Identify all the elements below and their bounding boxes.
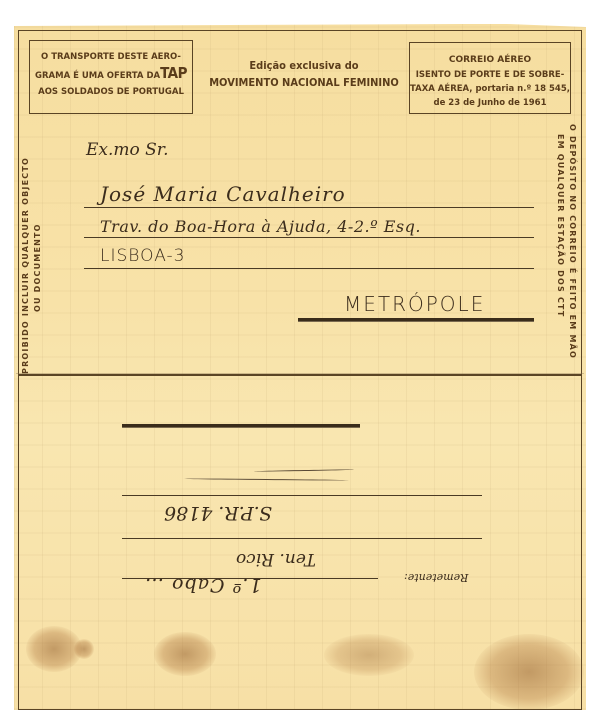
salutation: Ex.mo Sr.	[86, 140, 168, 160]
edition-line1: Edição exclusiva do	[201, 57, 408, 74]
recipient-region: METRÓPOLE	[344, 292, 485, 316]
stain	[324, 634, 414, 676]
airmail-line2: TAXA AÉREA, portaria n.º 18 545,	[410, 82, 570, 96]
tap-offer-line1: O TRANSPORTE DESTE AERO-	[30, 49, 192, 65]
tap-offer-line3: AOS SOLDADOS DE PORTUGAL	[30, 84, 192, 100]
recipient-name: José Maria Cavalheiro	[100, 182, 346, 206]
stain	[74, 639, 94, 659]
aerogram-sheet: O TRANSPORTE DESTE AERO- GRAMA É UMA OFE…	[14, 24, 586, 710]
airmail-line1: ISENTO DE PORTE E DE SOBRE-	[410, 68, 570, 82]
tap-offer-line2: GRAMA É UMA OFERTA DATAP	[30, 65, 192, 84]
address-line-4	[298, 318, 534, 322]
airmail-line3: de 23 de Junho de 1961	[410, 96, 570, 110]
left-notice-line1: PROIBIDO INCLUIR QUALQUER OBJECTO	[20, 134, 32, 374]
recipient-street: Trav. do Boa-Hora à Ajuda, 4-2.º Esq.	[100, 217, 421, 236]
edition-line2: MOVIMENTO NACIONAL FEMININO	[201, 74, 408, 91]
tap-offer-line2-text: GRAMA É UMA OFERTA DA	[35, 71, 160, 81]
airmail-postage-box: CORREIO AÉREO ISENTO DE PORTE E DE SOBRE…	[409, 42, 571, 114]
edition-title: Edição exclusiva do MOVIMENTO NACIONAL F…	[201, 57, 408, 91]
tap-brand: TAP	[160, 64, 187, 82]
sender-line3: S.P.R. 4186	[164, 502, 272, 524]
sender-line2: Ten. Rico	[236, 549, 316, 569]
stain	[474, 634, 584, 710]
left-side-notice: PROIBIDO INCLUIR QUALQUER OBJECTO OU DOC…	[20, 134, 50, 374]
airmail-title: CORREIO AÉREO	[410, 53, 570, 67]
left-side-notice-text: PROIBIDO INCLUIR QUALQUER OBJECTO OU DOC…	[20, 134, 44, 374]
address-line-1	[84, 207, 534, 208]
sender-line-2	[122, 538, 482, 539]
right-side-notice-text: O DEPÓSITO NO CORREIO É FEITO EM MÃO EM …	[554, 124, 578, 369]
right-notice-line1: O DEPÓSITO NO CORREIO É FEITO EM MÃO	[566, 124, 578, 369]
recipient-city: LISBOA-3	[100, 246, 185, 266]
left-notice-line2: OU DOCUMENTO	[32, 134, 44, 374]
right-side-notice: O DEPÓSITO NO CORREIO É FEITO EM MÃO EM …	[550, 124, 580, 369]
sender-label: Remetente:	[404, 571, 468, 584]
sender-line1: 1.º Cabo …	[144, 574, 262, 596]
sender-line-1	[122, 495, 482, 496]
stain	[154, 632, 216, 676]
address-line-3	[84, 268, 534, 269]
fold-line	[16, 373, 584, 374]
sender-top-rule	[122, 424, 360, 428]
right-notice-line2: EM QUALQUER ESTAÇÃO DOS CTT	[554, 124, 566, 369]
address-line-2	[84, 237, 534, 238]
tap-offer-box: O TRANSPORTE DESTE AERO- GRAMA É UMA OFE…	[29, 40, 193, 114]
